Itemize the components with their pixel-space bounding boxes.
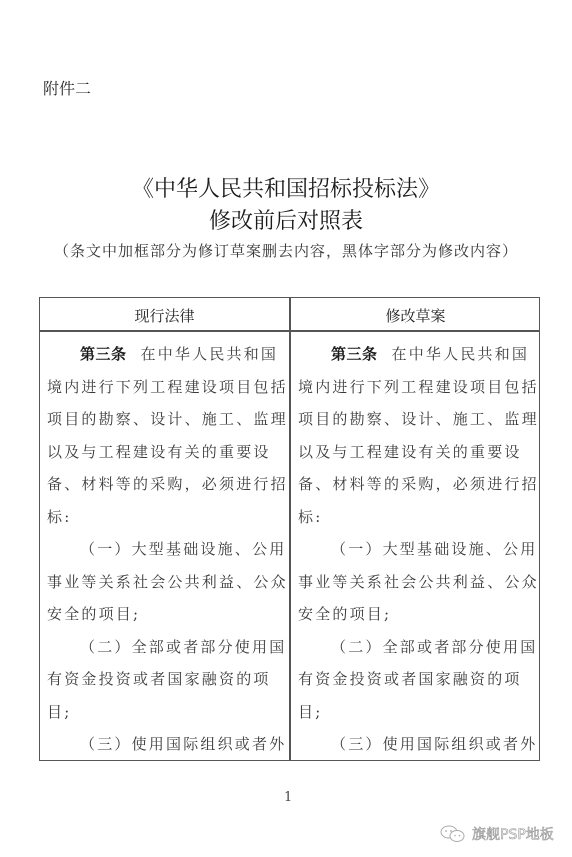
wechat-icon — [440, 825, 466, 843]
text-line: 有资金投资或者国家融资的项 — [298, 663, 534, 696]
text-line: 标: — [47, 501, 283, 534]
header-current-law: 现行法律 — [40, 305, 289, 326]
text-line: （三）使用国际组织或者外 — [47, 728, 283, 761]
page-number: 1 — [284, 790, 292, 805]
text-line: 安全的项目; — [47, 598, 283, 631]
header-divider — [40, 330, 539, 332]
text-line: 境内进行下列工程建设项目包括 — [47, 371, 283, 404]
annex-label: 附件二 — [43, 76, 91, 99]
text-line: （二）全部或者部分使用国 — [47, 631, 283, 664]
document-title: 《中华人民共和国招标投标法》 — [0, 172, 572, 203]
watermark-text: 旗舰PSP地板 — [472, 824, 554, 844]
text-line: 标: — [298, 501, 534, 534]
text-line: 境内进行下列工程建设项目包括 — [298, 371, 534, 404]
header-draft-amendment: 修改草案 — [291, 305, 540, 326]
text-line: （一）大型基础设施、公用 — [298, 533, 534, 566]
column-divider — [289, 298, 291, 760]
text-line: 目; — [47, 696, 283, 729]
text-line: 目; — [298, 696, 534, 729]
text-line: 安全的项目; — [298, 598, 534, 631]
article-label: 第三条 — [331, 345, 378, 363]
article-label: 第三条 — [80, 345, 127, 363]
text-line: 备、材料等的采购，必须进行招 — [298, 468, 534, 501]
text-line: 事业等关系社会公共利益、公众 — [298, 566, 534, 599]
text-line: 第三条在中华人民共和国 — [47, 338, 283, 371]
text-line: 第三条在中华人民共和国 — [298, 338, 534, 371]
watermark: 旗舰PSP地板 — [440, 824, 554, 844]
draft-amendment-column: 第三条在中华人民共和国 境内进行下列工程建设项目包括 项目的勘察、设计、施工、监… — [298, 338, 534, 761]
text-line: 项目的勘察、设计、施工、监理 — [298, 403, 534, 436]
text-line: （三）使用国际组织或者外 — [298, 728, 534, 761]
text-line: （一）大型基础设施、公用 — [47, 533, 283, 566]
text-line: 以及与工程建设有关的重要设 — [298, 436, 534, 469]
document-subtitle: 修改前后对照表 — [0, 204, 572, 235]
text-line: 事业等关系社会公共利益、公众 — [47, 566, 283, 599]
document-note: （条文中加框部分为修订草案删去内容，黑体字部分为修改内容） — [0, 240, 572, 261]
comparison-table: 现行法律 修改草案 第三条在中华人民共和国 境内进行下列工程建设项目包括 项目的… — [39, 297, 540, 761]
text-line: 备、材料等的采购，必须进行招 — [47, 468, 283, 501]
text-line: 项目的勘察、设计、施工、监理 — [47, 403, 283, 436]
text-line: 以及与工程建设有关的重要设 — [47, 436, 283, 469]
text-line: （二）全部或者部分使用国 — [298, 631, 534, 664]
current-law-column: 第三条在中华人民共和国 境内进行下列工程建设项目包括 项目的勘察、设计、施工、监… — [47, 338, 283, 761]
text-line: 有资金投资或者国家融资的项 — [47, 663, 283, 696]
